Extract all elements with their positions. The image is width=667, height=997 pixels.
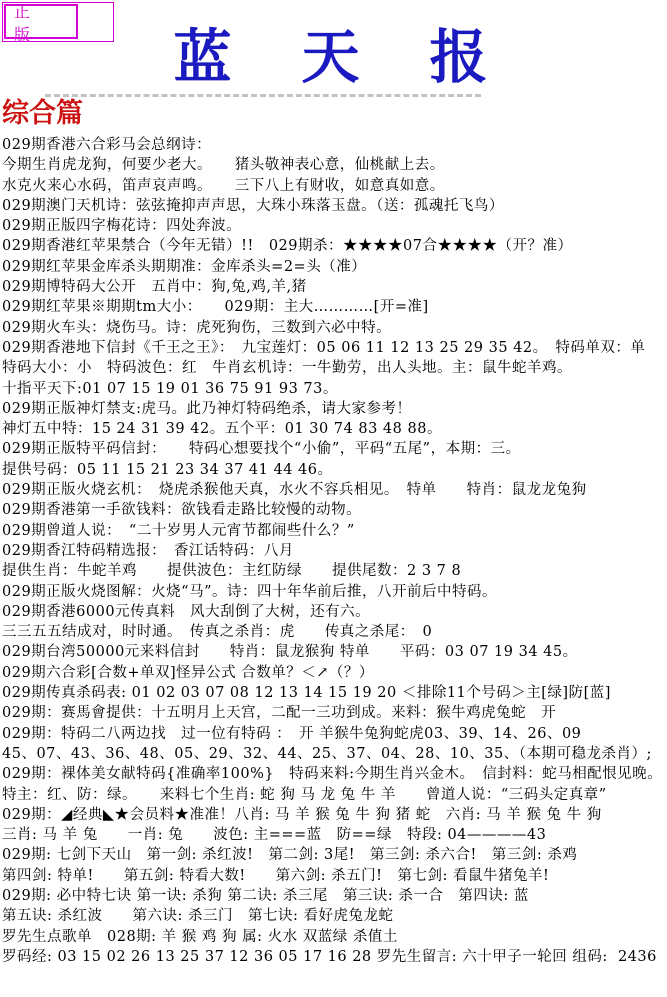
text-line: 罗先生点歌单 028期: 羊 猴 鸡 狗 属: 火水 双蓝绿 杀值土	[2, 927, 667, 947]
badge-label: 正 版	[14, 0, 76, 45]
badge-label-box: 正 版	[4, 4, 78, 39]
content-lines: 029期香港六合彩马会总纲诗：今期生肖虎龙狗，何要少老大。 猪头敬神表心意，仙桃…	[2, 135, 667, 967]
text-line: 029期：裸体美女献特码{准确率100%} 特码来料:今期生肖兴金木。 信封料：…	[2, 764, 667, 784]
section-heading: 综合篇	[2, 99, 667, 129]
text-line: 029期澳门天机诗：弦弦掩抑声声思，大珠小珠落玉盘。（送：孤魂托飞鸟）	[2, 196, 667, 216]
text-line: 029期香港第一手欲钱料：欲钱看走路比较慢的动物。	[2, 500, 667, 520]
text-line: 029期红苹果金库杀头期期准：金库杀头=2=头（准）	[2, 257, 667, 277]
text-line: 第四剑: 特单! 第五剑: 特看大数! 第六剑: 杀五门! 第七剑: 看鼠牛猪兔…	[2, 866, 667, 886]
text-line: 029期：赛馬會提供：十五明月上天宫，二配一三功到成。来料：猴牛鸡虎兔蛇 开	[2, 703, 667, 723]
text-line: 029期香港6000元传真料 风大刮倒了大树，还有六。	[2, 602, 667, 622]
text-line: 水克火来心水码，笛声哀声鸣。 三下八上有财收，如意真如意。	[2, 176, 667, 196]
text-line: 十指平天下:01 07 15 19 01 36 75 91 93 73。	[2, 379, 667, 399]
text-line: 029期：◢经典◣★会员料★准准！八肖: 马 羊 猴 兔 牛 狗 猪 蛇 六肖:…	[2, 805, 667, 825]
text-line: 029期正版神灯禁支:虎马。此乃神灯特码绝杀，请大家参考！	[2, 399, 667, 419]
text-line: 45、07、43、36、48、05、29、32、44、25、37、04、28、1…	[2, 744, 667, 764]
text-line: 029期香港地下信封《千王之王》： 九宝莲灯：05 06 11 12 13 25…	[2, 338, 667, 358]
text-line: 特码大小：小 特码波色：红 牛肖玄机诗：一牛勤劳，出人头地。主：鼠牛蛇羊鸡。	[2, 358, 667, 378]
text-line: 029期台湾50000元来料信封 特肖：鼠龙猴狗 特单 平码：03 07 19 …	[2, 642, 667, 662]
text-line: 029期：特码二八两边找 过一位有特码 ： 开 羊猴牛兔狗蛇虎03、39、14、…	[2, 724, 667, 744]
text-line: 029期: 七剑下天山 第一剑: 杀红波! 第二剑: 3尾! 第三剑: 杀六合!…	[2, 845, 667, 865]
text-line: 029期火车头：烧伤马。诗：虎死狗伤，三数到六必中特。	[2, 318, 667, 338]
text-line: 第五诀: 杀红波 第六诀: 杀三门 第七诀: 看好虎兔龙蛇	[2, 906, 667, 926]
text-line: 三肖: 马 羊 兔 一肖: 兔 波色: 主===蓝 防==绿 特段: 04———…	[2, 825, 667, 845]
text-line: 029期红苹果※期期tm大小： 029期：主大…………[开=准]	[2, 297, 667, 317]
text-line: 029期香江特码精选报： 香江话特码：八月	[2, 541, 667, 561]
dashed-divider	[45, 94, 481, 97]
text-line: 029期香港红苹果禁合（今年无错）!! 029期杀：★★★★07合★★★★（开？…	[2, 236, 667, 256]
text-line: 今期生肖虎龙狗，何要少老大。 猪头敬神表心意，仙桃献上去。	[2, 155, 667, 175]
authenticity-badge: 正 版	[2, 2, 114, 42]
text-line: 029期六合彩[合数+单双]怪异公式 合数单？＜↗（？）	[2, 663, 667, 683]
text-line: 029期传真杀码表: 01 02 03 07 08 12 13 14 15 19…	[2, 683, 667, 703]
text-line: 029期正版火烧玄机： 烧虎杀猴他天真，水火不容兵相见。 特单 特肖：鼠龙龙兔狗	[2, 480, 667, 500]
text-line: 罗码经: 03 15 02 26 13 25 37 12 36 05 17 16…	[2, 947, 667, 967]
text-line: 提供生肖：牛蛇羊鸡 提供波色：主红防绿 提供尾数：2 3 7 8	[2, 561, 667, 581]
page: 正 版 蓝 天 报 综合篇 029期香港六合彩马会总纲诗：今期生肖虎龙狗，何要少…	[0, 0, 667, 967]
text-line: 029期正版四字梅花诗：四处奔波。	[2, 216, 667, 236]
text-line: 神灯五中特：15 24 31 39 42。五个平：01 30 74 83 48 …	[2, 419, 667, 439]
text-line: 029期香港六合彩马会总纲诗：	[2, 135, 667, 155]
text-line: 029期正版火烧图解：火烧“马”。诗：四十年华前后推，八开前后中特码。	[2, 582, 667, 602]
text-line: 029期: 必中特七诀 第一诀: 杀狗 第二诀: 杀三尾 第三诀: 杀一合 第四…	[2, 886, 667, 906]
text-line: 029期博特码大公开 五肖中：狗,兔,鸡,羊,猪	[2, 277, 667, 297]
text-line: 特主：红、防：绿。 来料七个生肖: 蛇 狗 马 龙 兔 牛 羊 曾道人说：“三码…	[2, 785, 667, 805]
text-line: 三三五五结成对，时时通。 传真之杀肖：虎 传真之杀尾： 0	[2, 622, 667, 642]
text-line: 029期曾道人说： “二十岁男人元宵节都闹些什么？”	[2, 521, 667, 541]
text-line: 029期正版特平码信封： 特码心想要找个“小偷”，平码“五尾”，本期：三。	[2, 439, 667, 459]
text-line: 提供号码：05 11 15 21 23 34 37 41 44 46。	[2, 460, 667, 480]
